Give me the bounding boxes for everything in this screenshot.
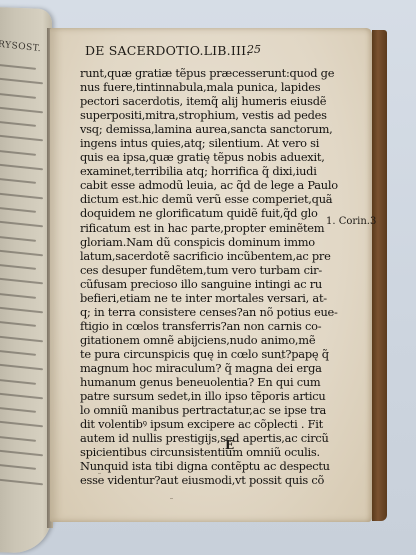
text-line: examinet,terribilia atq; horrifica q̃ di… [80, 164, 324, 178]
text-line: magnum hoc miraculum? q̃ magna dei erga [80, 361, 324, 375]
left-running-head: RYSOST. [0, 40, 41, 54]
left-text-line [0, 293, 36, 299]
left-text-line [0, 335, 43, 342]
left-text-line [0, 450, 43, 457]
left-text-line [0, 235, 36, 241]
text-line: spicientibus circunsistentium omniũ ocul… [80, 445, 324, 459]
left-text-line [0, 78, 43, 85]
text-line: dictum est.hic demũ verũ esse comperiet,… [80, 192, 324, 206]
text-line: latum,sacerdotẽ sacrificio incũbentem,ac… [80, 249, 324, 263]
right-page: DE SACERDOTIO.LIB.III. 25 runt,quæ grati… [50, 28, 372, 522]
text-line: te pura circunspicis quę in cœlo sunt?pa… [80, 347, 324, 361]
text-line: rificatum est in hac parte,propter eminẽ… [80, 221, 324, 235]
left-text-line [0, 421, 43, 428]
text-line: patre sursum sedet,in illo ipso tẽporis … [80, 389, 324, 403]
text-line: esse videntur?aut eiusmodi,vt possit qui… [80, 473, 324, 487]
page-number: 25 [247, 43, 261, 56]
text-line: superpositi,mitra,strophium, vestis ad p… [80, 108, 324, 122]
text-line: ces desuper fundẽtem,tum vero turbam cir… [80, 263, 324, 277]
left-text-line [0, 207, 36, 213]
text-line: nus fuere,tintinnabula,mala punica, lapi… [80, 80, 324, 94]
left-text-line [0, 92, 36, 98]
text-line: q; in terra consistere censes?an nõ poti… [80, 305, 324, 319]
paper-speck [98, 473, 101, 474]
paper-speck [280, 358, 283, 359]
text-line: doquidem ne glorificatum quidẽ fuit,q̃d … [80, 206, 324, 220]
running-head: DE SACERDOTIO.LIB.III. [85, 43, 250, 58]
text-line: cabit esse admodũ leuia, ac q̃d de lege … [80, 178, 324, 192]
text-line: lo omniũ manibus pertractatur,ac se ipse… [80, 403, 324, 417]
paper-speck [170, 498, 173, 499]
text-line: befieri,etiam ne te inter mortales versa… [80, 291, 324, 305]
left-text-line [0, 307, 43, 314]
text-line: runt,quæ gratiæ tẽpus præcesserunt:quod … [80, 66, 324, 80]
text-line: humanum genus beneuolentia? En qui cum [80, 375, 324, 389]
signature-mark: E [225, 438, 234, 452]
book-photo: RYSOST. DE SACERDOTIO.LIB.III. 25 runt,q… [0, 0, 416, 555]
left-text-line [0, 221, 43, 228]
left-text-line [0, 278, 43, 285]
text-line: quis ea ipsa,quæ gratię tẽpus nobis adue… [80, 150, 324, 164]
text-line: ftigio in cœlos transferris?an non carni… [80, 319, 324, 333]
left-text-line [0, 135, 43, 142]
text-line: Nunquid ista tibi digna contẽptu ac desp… [80, 459, 324, 473]
left-text-line [0, 121, 36, 127]
left-text-line [0, 150, 36, 156]
left-text-block [0, 65, 52, 496]
text-line: gitationem omnẽ abijciens,nudo animo,mẽ [80, 333, 324, 347]
text-line: vsq; demissa,lamina aurea,sancta sanctor… [80, 122, 324, 136]
left-text-line [0, 249, 43, 256]
left-text-line [0, 192, 43, 199]
text-line: dit volentibꝰ ipsum excipere ac cõplecti… [80, 417, 324, 431]
left-text-line [0, 364, 43, 371]
left-text-line [0, 464, 36, 470]
text-line: pectori sacerdotis, itemq̃ alij humeris … [80, 94, 324, 108]
left-text-line [0, 321, 36, 327]
left-text-line [0, 478, 43, 485]
left-text-line [0, 64, 36, 70]
body-text: runt,quæ gratiæ tẽpus præcesserunt:quod … [80, 66, 324, 487]
left-page: RYSOST. [0, 7, 52, 554]
book-cover-edge [372, 30, 387, 521]
left-text-line [0, 178, 36, 184]
left-text-line [0, 164, 43, 171]
margin-note: 1. Corin.3 [326, 216, 376, 227]
left-text-line [0, 350, 36, 356]
text-line: gloriam.Nam dũ conspicis dominum immo [80, 235, 324, 249]
left-text-line [0, 107, 43, 114]
left-text-line [0, 436, 36, 442]
left-text-line [0, 264, 36, 270]
left-text-line [0, 392, 43, 399]
text-line: cũfusam precioso illo sanguine intingi a… [80, 277, 324, 291]
text-line: ingens intus quies,atq; silentium. At ve… [80, 136, 324, 150]
left-text-line [0, 378, 36, 384]
left-text-line [0, 407, 36, 413]
text-line: autem id nullis prestigijs,sed apertis,a… [80, 431, 324, 445]
